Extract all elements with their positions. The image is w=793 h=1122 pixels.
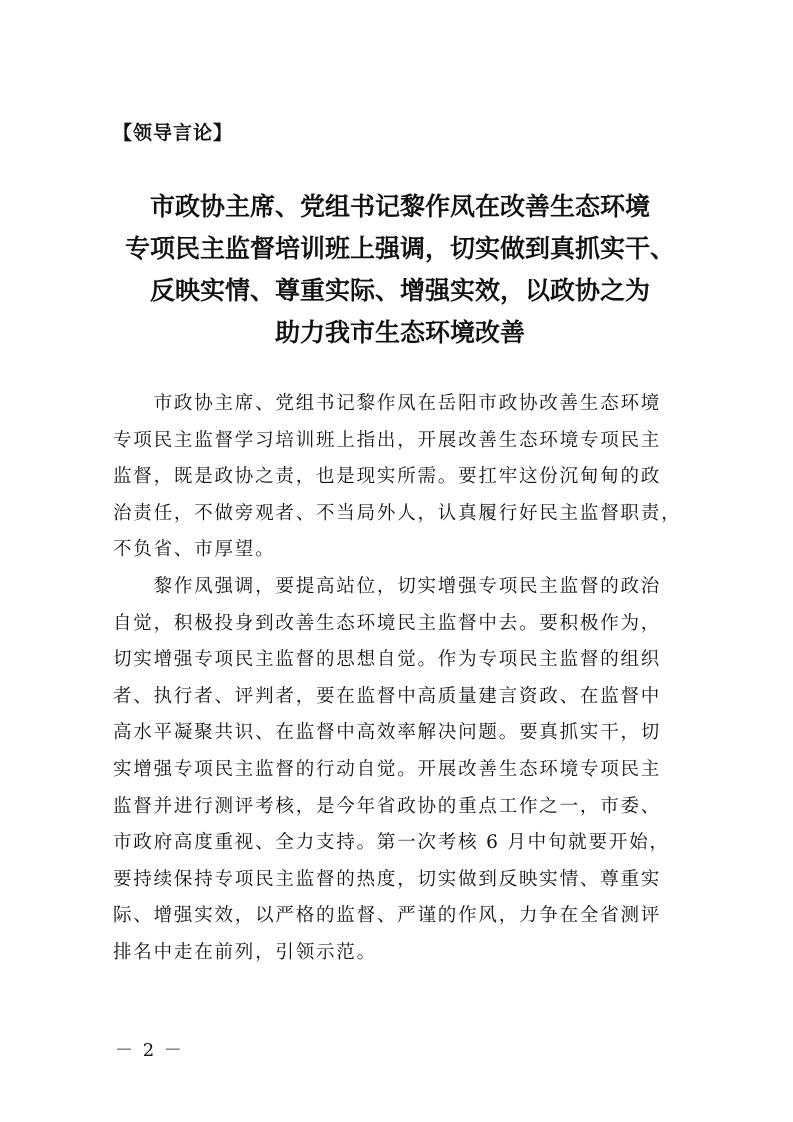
body-line: 监督并进行测评考核，是今年省政协的重点工作之一，市委、: [113, 789, 688, 826]
title-line: 助力我市生态环境改善: [100, 312, 700, 354]
article-title: 市政协主席、党组书记黎作凤在改善生态环境 专项民主监督培训班上强调，切实做到真抓…: [100, 186, 700, 354]
title-line: 反映实情、尊重实际、增强实效，以政协之为: [100, 270, 700, 312]
title-line: 市政协主席、党组书记黎作凤在改善生态环境: [100, 186, 700, 228]
body-line: 要持续保持专项民主监督的热度，切实做到反映实情、尊重实: [113, 862, 688, 899]
page-number: － 2 －: [115, 1036, 184, 1062]
document-page: 【领导言论】 市政协主席、党组书记黎作凤在改善生态环境 专项民主监督培训班上强调…: [0, 0, 793, 1122]
body-line: 治责任，不做旁观者、不当局外人，认真履行好民主监督职责，: [113, 496, 688, 533]
body-line: 市政府高度重视、全力支持。第一次考核 6 月中旬就要开始，: [113, 825, 688, 862]
body-line: 专项民主监督学习培训班上指出，开展改善生态环境专项民主: [113, 423, 688, 460]
body-line: 高水平凝聚共识、在监督中高效率解决问题。要真抓实干，切: [113, 715, 688, 752]
body-line: 实增强专项民主监督的行动自觉。开展改善生态环境专项民主: [113, 752, 688, 789]
body-line: 切实增强专项民主监督的思想自觉。作为专项民主监督的组织: [113, 642, 688, 679]
body-line: 排名中走在前列，引领示范。: [113, 935, 688, 972]
column-tag: 【领导言论】: [113, 118, 233, 145]
body-line: 际、增强实效，以严格的监督、严谨的作风，力争在全省测评: [113, 898, 688, 935]
title-line: 专项民主监督培训班上强调，切实做到真抓实干、: [100, 228, 700, 270]
body-line: 黎作凤强调，要提高站位，切实增强专项民主监督的政治: [113, 569, 688, 606]
body-line: 监督，既是政协之责，也是现实所需。要扛牢这份沉甸甸的政: [113, 459, 688, 496]
body-line: 自觉，积极投身到改善生态环境民主监督中去。要积极作为，: [113, 606, 688, 643]
body-line: 市政协主席、党组书记黎作凤在岳阳市政协改善生态环境: [113, 386, 688, 423]
body-line: 者、执行者、评判者，要在监督中高质量建言资政、在监督中: [113, 679, 688, 716]
body-line: 不负省、市厚望。: [113, 532, 688, 569]
article-body: 市政协主席、党组书记黎作凤在岳阳市政协改善生态环境 专项民主监督学习培训班上指出…: [113, 386, 688, 972]
